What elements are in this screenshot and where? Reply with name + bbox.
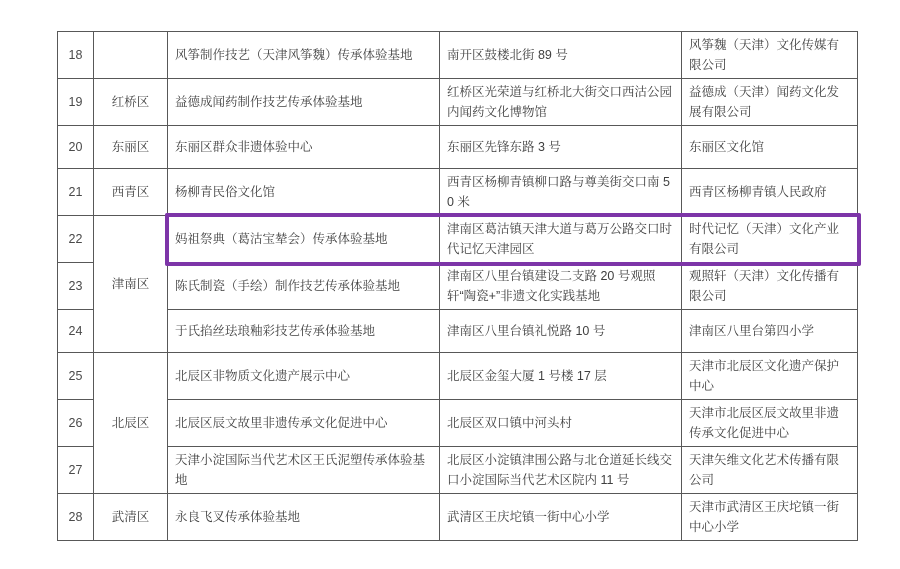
table-row: 26北辰区辰文故里非遗传承文化促进中心北辰区双口镇中河头村天津市北辰区辰文故里非… <box>58 400 858 447</box>
cell-name: 陈氏制瓷（手绘）制作技艺传承体验基地 <box>168 263 440 310</box>
cell-number: 23 <box>58 263 94 310</box>
cell-number: 22 <box>58 216 94 263</box>
cell-organization: 天津市北辰区文化遗产保护中心 <box>682 353 858 400</box>
cell-district: 武清区 <box>94 494 168 541</box>
table-row: 25北辰区北辰区非物质文化遗产展示中心北辰区金玺大厦 1 号楼 17 层天津市北… <box>58 353 858 400</box>
cell-organization: 观照轩（天津）文化传播有限公司 <box>682 263 858 310</box>
cell-district: 东丽区 <box>94 126 168 169</box>
cell-name: 北辰区辰文故里非遗传承文化促进中心 <box>168 400 440 447</box>
cell-organization: 西青区杨柳青镇人民政府 <box>682 169 858 216</box>
cell-organization: 天津市武清区王庆坨镇一街中心小学 <box>682 494 858 541</box>
cell-district: 西青区 <box>94 169 168 216</box>
cell-address: 东丽区先锋东路 3 号 <box>440 126 682 169</box>
cell-address: 武清区王庆坨镇一街中心小学 <box>440 494 682 541</box>
cell-name: 益德成闻药制作技艺传承体验基地 <box>168 79 440 126</box>
table-row: 19红桥区益德成闻药制作技艺传承体验基地红桥区光荣道与红桥北大街交口西沽公园内闻… <box>58 79 858 126</box>
cell-district: 红桥区 <box>94 79 168 126</box>
cell-number: 26 <box>58 400 94 447</box>
cell-number: 20 <box>58 126 94 169</box>
table-row: 20东丽区东丽区群众非遗体验中心东丽区先锋东路 3 号东丽区文化馆 <box>58 126 858 169</box>
cell-name: 于氏掐丝珐琅釉彩技艺传承体验基地 <box>168 310 440 353</box>
cell-number: 27 <box>58 447 94 494</box>
cell-number: 24 <box>58 310 94 353</box>
cell-name: 杨柳青民俗文化馆 <box>168 169 440 216</box>
cell-organization: 津南区八里台第四小学 <box>682 310 858 353</box>
cell-address: 津南区八里台镇礼悦路 10 号 <box>440 310 682 353</box>
table-row: 24于氏掐丝珐琅釉彩技艺传承体验基地津南区八里台镇礼悦路 10 号津南区八里台第… <box>58 310 858 353</box>
cell-number: 21 <box>58 169 94 216</box>
cell-number: 18 <box>58 32 94 79</box>
cell-number: 28 <box>58 494 94 541</box>
table-row: 27天津小淀国际当代艺术区王氏泥塑传承体验基地北辰区小淀镇津围公路与北仓道延长线… <box>58 447 858 494</box>
table-row: 23陈氏制瓷（手绘）制作技艺传承体验基地津南区八里台镇建设二支路 20 号观照轩… <box>58 263 858 310</box>
cell-name: 永良飞叉传承体验基地 <box>168 494 440 541</box>
table-row: 28武清区永良飞叉传承体验基地武清区王庆坨镇一街中心小学天津市武清区王庆坨镇一街… <box>58 494 858 541</box>
cell-address: 北辰区双口镇中河头村 <box>440 400 682 447</box>
cell-address: 红桥区光荣道与红桥北大街交口西沽公园内闻药文化博物馆 <box>440 79 682 126</box>
cell-name: 风筝制作技艺（天津风筝魏）传承体验基地 <box>168 32 440 79</box>
cell-address: 西青区杨柳青镇柳口路与尊美街交口南 50 米 <box>440 169 682 216</box>
table-row: 18风筝制作技艺（天津风筝魏）传承体验基地南开区鼓楼北街 89 号风筝魏（天津）… <box>58 32 858 79</box>
cell-address: 南开区鼓楼北街 89 号 <box>440 32 682 79</box>
cell-organization: 时代记忆（天津）文化产业有限公司 <box>682 216 858 263</box>
heritage-base-table: 18风筝制作技艺（天津风筝魏）传承体验基地南开区鼓楼北街 89 号风筝魏（天津）… <box>57 31 858 541</box>
cell-address: 北辰区金玺大厦 1 号楼 17 层 <box>440 353 682 400</box>
cell-name: 妈祖祭典（葛沽宝辇会）传承体验基地 <box>168 216 440 263</box>
cell-name: 北辰区非物质文化遗产展示中心 <box>168 353 440 400</box>
cell-organization: 天津市北辰区辰文故里非遗传承文化促进中心 <box>682 400 858 447</box>
cell-name: 东丽区群众非遗体验中心 <box>168 126 440 169</box>
cell-organization: 天津矢维文化艺术传播有限公司 <box>682 447 858 494</box>
cell-number: 25 <box>58 353 94 400</box>
table-row: 22津南区妈祖祭典（葛沽宝辇会）传承体验基地津南区葛沽镇天津大道与葛万公路交口时… <box>58 216 858 263</box>
cell-number: 19 <box>58 79 94 126</box>
cell-address: 津南区八里台镇建设二支路 20 号观照轩“陶瓷+”非遗文化实践基地 <box>440 263 682 310</box>
cell-district: 北辰区 <box>94 353 168 494</box>
cell-address: 津南区葛沽镇天津大道与葛万公路交口时代记忆天津园区 <box>440 216 682 263</box>
cell-organization: 益德成（天津）闻药文化发展有限公司 <box>682 79 858 126</box>
cell-district: 津南区 <box>94 216 168 353</box>
table-row: 21西青区杨柳青民俗文化馆西青区杨柳青镇柳口路与尊美街交口南 50 米西青区杨柳… <box>58 169 858 216</box>
cell-organization: 风筝魏（天津）文化传媒有限公司 <box>682 32 858 79</box>
document-page: 18风筝制作技艺（天津风筝魏）传承体验基地南开区鼓楼北街 89 号风筝魏（天津）… <box>57 31 857 541</box>
cell-organization: 东丽区文化馆 <box>682 126 858 169</box>
cell-name: 天津小淀国际当代艺术区王氏泥塑传承体验基地 <box>168 447 440 494</box>
cell-district <box>94 32 168 79</box>
cell-address: 北辰区小淀镇津围公路与北仓道延长线交口小淀国际当代艺术区院内 11 号 <box>440 447 682 494</box>
table-body: 18风筝制作技艺（天津风筝魏）传承体验基地南开区鼓楼北街 89 号风筝魏（天津）… <box>58 32 858 541</box>
